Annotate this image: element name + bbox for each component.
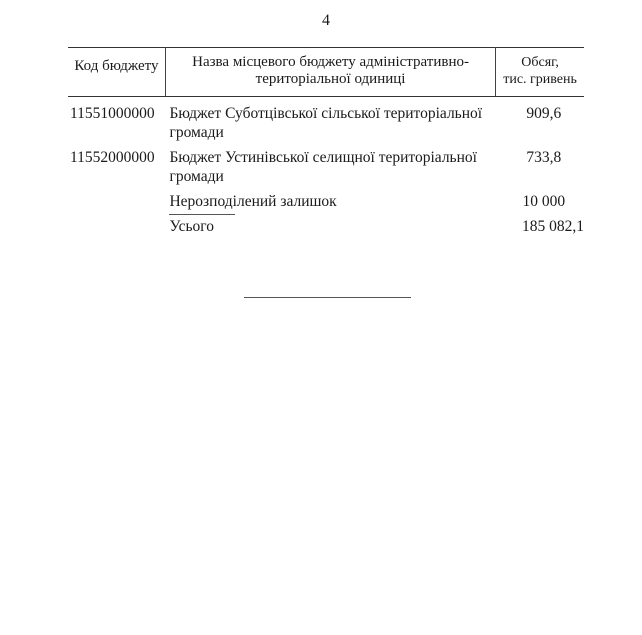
row-name-line2: громади bbox=[169, 123, 491, 142]
header-code-label: Код бюджету bbox=[74, 58, 158, 74]
total-row: Усього 185 082,1 bbox=[68, 211, 584, 236]
header-amount-line2: тис. гривень bbox=[500, 71, 580, 88]
unallocated-name: Нерозподілений залишок bbox=[165, 186, 495, 211]
header-code: Код бюджету bbox=[68, 48, 165, 97]
unallocated-row: Нерозподілений залишок 10 000 bbox=[68, 186, 584, 211]
header-name-line1: Назва місцевого бюджету адміністративно- bbox=[170, 54, 491, 71]
row-amount: 909,6 bbox=[496, 97, 584, 143]
unallocated-amount: 10 000 bbox=[496, 186, 584, 211]
row-name-line2: громади bbox=[169, 167, 491, 186]
row-name: Бюджет Суботцівської сільської територіа… bbox=[165, 97, 495, 143]
table-row: 11551000000 Бюджет Суботцівської сільськ… bbox=[68, 97, 584, 143]
unallocated-code bbox=[68, 186, 165, 211]
unallocated-label: Нерозподілений залишок bbox=[169, 192, 336, 211]
page-number: 4 bbox=[0, 12, 642, 30]
table-row: 11552000000 Бюджет Устинівської селищної… bbox=[68, 142, 584, 186]
row-code: 11552000000 bbox=[68, 142, 165, 186]
table-body: 11551000000 Бюджет Суботцівської сільськ… bbox=[68, 97, 584, 237]
row-name: Бюджет Устинівської селищної територіаль… bbox=[165, 142, 495, 186]
header-name: Назва місцевого бюджету адміністративно-… bbox=[165, 48, 495, 97]
header-amount: Обсяг, тис. гривень bbox=[496, 48, 584, 97]
total-code bbox=[68, 211, 165, 236]
row-amount: 733,8 bbox=[496, 142, 584, 186]
header-row: Код бюджету Назва місцевого бюджету адмі… bbox=[68, 48, 584, 97]
row-name-line1: Бюджет Суботцівської сільської територіа… bbox=[169, 104, 491, 123]
header-name-line2: територіальної одиниці bbox=[170, 71, 491, 88]
closing-divider-line bbox=[244, 297, 411, 298]
header-amount-line1: Обсяг, bbox=[500, 54, 580, 71]
budget-table: Код бюджету Назва місцевого бюджету адмі… bbox=[68, 47, 584, 236]
row-name-line1: Бюджет Устинівської селищної територіаль… bbox=[169, 148, 491, 167]
row-code: 11551000000 bbox=[68, 97, 165, 143]
table-header: Код бюджету Назва місцевого бюджету адмі… bbox=[68, 48, 584, 97]
total-amount: 185 082,1 bbox=[496, 211, 584, 236]
